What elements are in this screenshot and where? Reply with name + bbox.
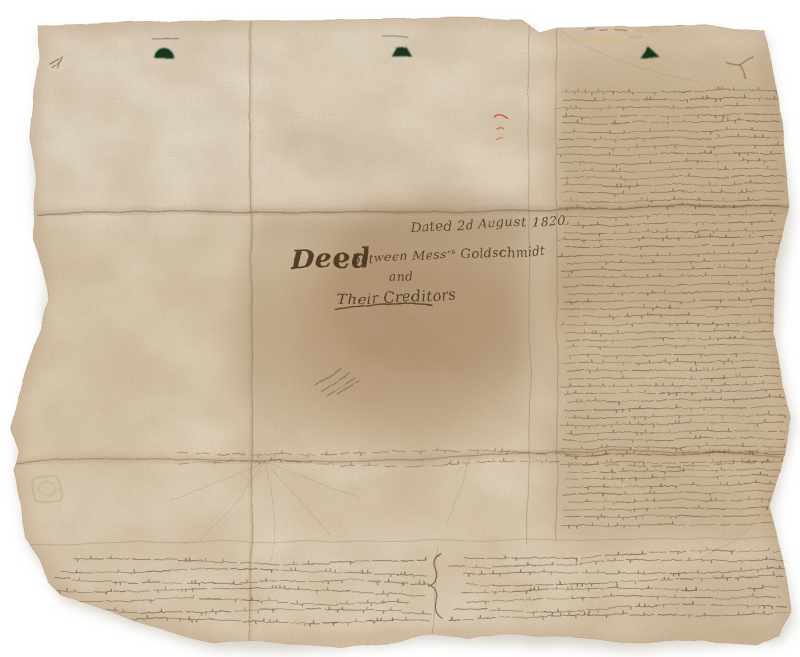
handwriting-stroke [648, 440, 673, 441]
handwriting-stroke [192, 589, 207, 590]
handwriting-stroke [278, 603, 288, 604]
handwriting-stroke [566, 247, 589, 248]
handwriting-stroke [783, 275, 787, 276]
docket-and-word: and [390, 270, 414, 285]
handwriting-stroke [93, 619, 117, 620]
handwriting-stroke [768, 431, 776, 432]
handwriting-stroke [735, 491, 758, 492]
handwriting-stroke [732, 169, 747, 170]
handwriting-stroke [711, 515, 719, 516]
handwriting-stroke [53, 620, 78, 624]
handwriting-stroke [736, 244, 747, 245]
handwriting-stroke [695, 605, 705, 606]
deed-photograph-canvas: Dated 2d August 1820 Deed between Messʳˢ… [0, 0, 800, 657]
handwriting-stroke [650, 123, 659, 124]
embossed-stamp [32, 475, 61, 503]
handwriting-stroke [774, 515, 783, 516]
deed-photograph: Dated 2d August 1820 Deed between Messʳˢ… [0, 0, 800, 657]
handwriting-stroke [56, 606, 70, 609]
parchment-group: Dated 2d August 1820 Deed between Messʳˢ… [0, 0, 800, 657]
handwriting-stroke [698, 269, 713, 270]
seal-slit-right [628, 37, 643, 38]
handwriting-stroke [782, 338, 786, 339]
handwriting-stroke [615, 301, 624, 302]
handwriting-stroke [683, 597, 693, 598]
handwriting-stroke [776, 606, 787, 607]
seal-slit-left [152, 39, 179, 40]
parchment-surface: Dated 2d August 1820 Deed between Messʳˢ… [0, 0, 800, 657]
handwriting-stroke [775, 438, 782, 439]
handwriting-stroke [673, 509, 689, 510]
handwriting-stroke [783, 368, 790, 369]
handwriting-stroke [741, 368, 756, 369]
yellow-smudge-small [634, 27, 662, 33]
handwriting-stroke [241, 461, 247, 462]
handwriting-stroke [521, 461, 528, 462]
handwriting-stroke [743, 344, 755, 345]
handwriting-stroke [78, 616, 89, 620]
handwriting-stroke [736, 469, 748, 470]
handwriting-stroke [647, 246, 656, 247]
handwriting-stroke [703, 292, 719, 293]
handwriting-stroke [537, 453, 546, 454]
handwriting-stroke [157, 599, 172, 600]
handwriting-stroke [582, 277, 598, 278]
handwriting-stroke [769, 391, 784, 392]
handwriting-stroke [654, 269, 663, 270]
